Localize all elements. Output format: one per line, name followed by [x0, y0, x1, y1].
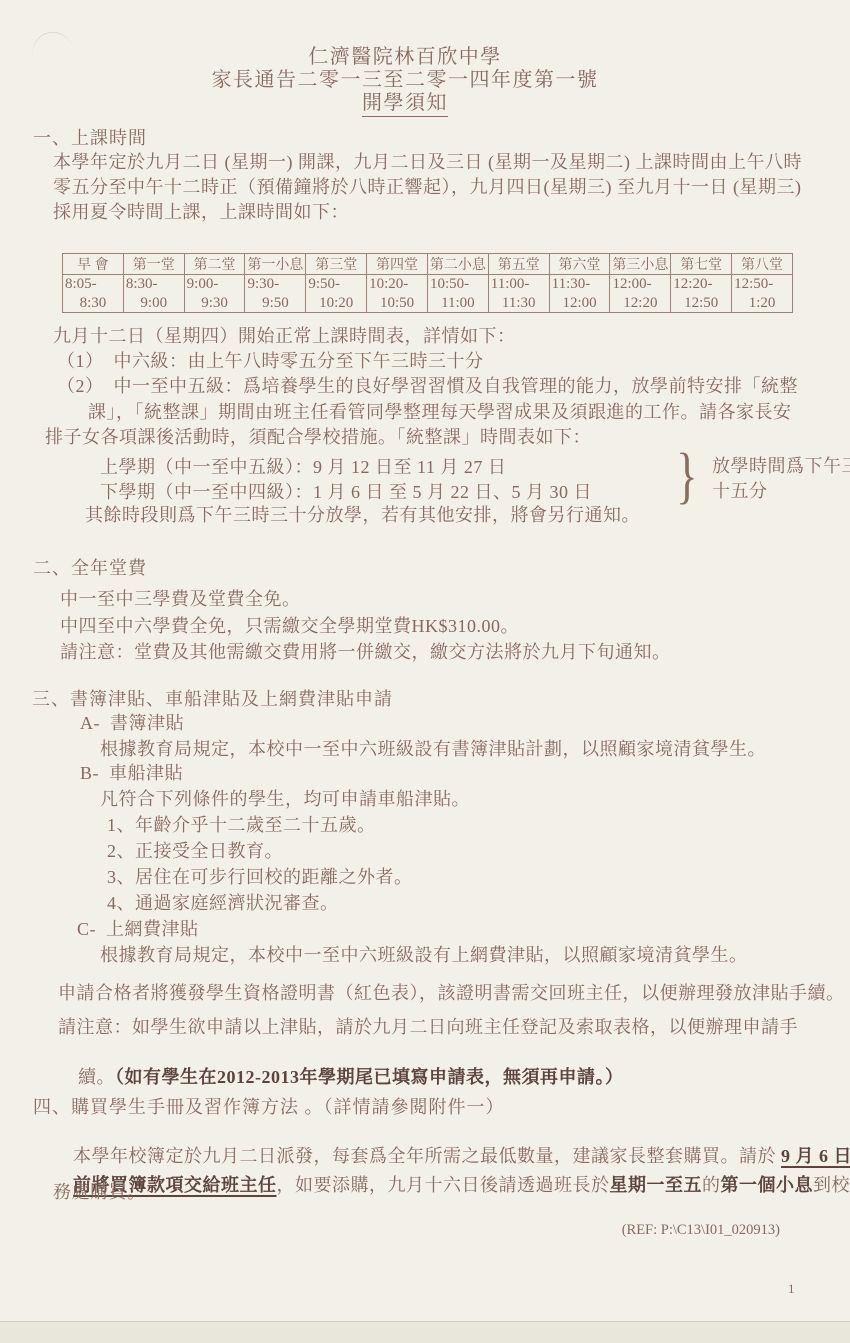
period-end: 12:00 — [550, 294, 610, 312]
section-4-line-2-bold-1: 星期一至五 — [610, 1175, 703, 1195]
period-start: 10:20- — [367, 275, 427, 294]
column-header: 第三堂 — [306, 254, 367, 275]
item-c-body: 根據教育局規定，本校中一至中六班級設有上網費津貼，以照顧家境清貧學生。 — [100, 944, 748, 966]
period-time-cell: 12:20-12:50 — [671, 275, 732, 313]
school-name: 仁濟醫院林百欣中學 — [0, 46, 810, 68]
period-time-cell: 10:50-11:00 — [427, 275, 488, 313]
period-end: 1:20 — [732, 294, 792, 312]
period-start: 9:50- — [306, 275, 366, 294]
column-header: 第七堂 — [671, 254, 732, 275]
condition-1: 1、年齡介乎十二歲至二十五歲。 — [107, 814, 376, 836]
period-end: 12:20 — [610, 294, 670, 312]
condition-3: 3、居住在可步行回校的距離之外者。 — [107, 866, 413, 888]
period-start: 11:30- — [550, 275, 610, 294]
section-2-line-1: 中一至中三學費及堂費全免。 — [60, 588, 301, 610]
item-b-body: 凡符合下列條件的學生，均可申請車船津貼。 — [100, 788, 470, 810]
item-c-title: C- 上網費津貼 — [77, 918, 199, 940]
period-time-cell: 11:30-12:00 — [549, 275, 610, 313]
normal-timetable-line: 九月十二日（星期四）開始正常上課時間表，詳情如下： — [53, 325, 516, 347]
section-3-heading: 三、書簿津貼、車船津貼及上網費津貼申請 — [32, 688, 393, 710]
section-1-item-2-line-3: 排子女各項課後活動時，須配合學校措施。「統整課」時間表如下： — [45, 426, 591, 448]
section-2-line-3: 請注意：堂費及其他需繳交費用將一併繳交，繳交方法將於九月下旬通知。 — [60, 641, 671, 663]
notice-subject-text: 開學須知 — [362, 92, 448, 117]
period-time-cell: 9:30-9:50 — [245, 275, 306, 313]
certificate-note: 申請合格者將獲發學生資格證明書（紅色表），該證明書需交回班主任，以便辦理發放津貼… — [58, 982, 845, 1004]
other-period-note: 其餘時段則爲下午三時三十分放學，若有其他安排，將會另行通知。 — [85, 504, 640, 526]
column-header: 第一小息 — [245, 254, 306, 275]
period-start: 8:30- — [124, 275, 184, 294]
section-1-heading: 一、上課時間 — [33, 127, 147, 149]
reference-code: (REF: P:\C13\I01_020913) — [622, 1222, 780, 1239]
period-end: 12:50 — [671, 294, 731, 312]
column-header: 第一堂 — [123, 254, 184, 275]
section-2-heading: 二、全年堂費 — [33, 557, 147, 579]
section-4-heading: 四、購買學生手冊及習作簿方法 。（詳情請參閱附件一） — [33, 1096, 505, 1118]
section-2-line-2: 中四至中六學費全免，只需繳交全學期堂費HK$310.00。 — [60, 615, 519, 637]
section-1-intro-line-1: 本學年定於九月二日 (星期一) 開課，九月二日及三日 (星期一及星期二) 上課時… — [53, 151, 802, 173]
column-header: 第三小息 — [610, 254, 671, 275]
notice-subject: 開學須知 — [0, 92, 810, 114]
column-header: 第四堂 — [367, 254, 428, 275]
column-header: 第二堂 — [184, 254, 245, 275]
period-end: 9:50 — [245, 294, 305, 312]
section-1-item-2-line-2: 課」，「統整課」期間由班主任看管同學整理每天學習成果及須跟進的工作。請各家長安 — [88, 401, 792, 423]
period-end: 11:30 — [489, 294, 549, 312]
period-start: 9:30- — [245, 275, 305, 294]
notice-number: 家長通告二零一三至二零一四年度第一號 — [0, 69, 810, 91]
dismissal-note-line-2: 十五分 — [712, 480, 768, 502]
attention-line-2-normal: 續。 — [78, 1067, 115, 1087]
section-4-line-2-normal-1: ，如要添購，九月十六日後請透過班長於 — [277, 1175, 610, 1195]
section-4-line-2-normal-2: 的 — [702, 1175, 721, 1195]
schedule-header-row: 早 會 第一堂 第二堂 第一小息 第三堂 第四堂 第二小息 第五堂 第六堂 第三… — [63, 254, 793, 275]
section-4-line-2: 前將買簿款項交給班主任，如要添購，九月十六日後請透過班長於星期一至五的第一個小息… — [53, 1152, 850, 1218]
column-header: 早 會 — [63, 254, 124, 275]
period-time-cell: 8:05-8:30 — [63, 275, 124, 313]
lower-term-line: 下學期（中一至中四級）：1 月 6 日 至 5 月 22 日、5 月 30 日 — [100, 481, 592, 503]
upper-term-line: 上學期（中一至中五級）：9 月 12 日至 11 月 27 日 — [100, 456, 506, 478]
condition-2: 2、正接受全日教育。 — [107, 840, 283, 862]
item-a-title: A- 書簿津貼 — [80, 712, 184, 734]
section-1-intro-line-3: 採用夏令時間上課，上課時間如下： — [53, 201, 349, 223]
period-end: 10:20 — [306, 294, 366, 312]
attention-line-1: 請注意：如學生欲申請以上津貼，請於九月二日向班主任登記及索取表格，以便辦理申請手 — [58, 1016, 798, 1038]
section-1-item-2-line-1: （2） 中一至中五級：爲培養學生的良好學習習慣及自我管理的能力，放學前特安排「統… — [57, 375, 798, 397]
period-time-cell: 12:50-1:20 — [732, 275, 793, 313]
period-start: 12:00- — [610, 275, 670, 294]
period-time-cell: 11:00-11:30 — [488, 275, 549, 313]
section-4-line-3: 務處購買。 — [53, 1181, 146, 1203]
column-header: 第二小息 — [427, 254, 488, 275]
period-end: 8:30 — [63, 294, 123, 312]
column-header: 第五堂 — [488, 254, 549, 275]
grouping-brace: } — [676, 450, 697, 502]
section-4-line-2-normal-3: 到校 — [813, 1175, 850, 1195]
dismissal-note-line-1: 放學時間爲下午三時四 — [712, 455, 850, 477]
scanned-school-notice-page: 仁濟醫院林百欣中學 家長通告二零一三至二零一四年度第一號 開學須知 一、上課時間… — [0, 0, 850, 1343]
column-header: 第八堂 — [732, 254, 793, 275]
period-start: 8:05- — [63, 275, 123, 294]
condition-4: 4、通過家庭經濟狀況審查。 — [107, 892, 339, 914]
column-header: 第六堂 — [549, 254, 610, 275]
attention-line-2-bold: （如有學生在2012-2013年學期尾已填寫申請表，無須再申請。） — [115, 1067, 624, 1087]
page-number: 1 — [788, 1281, 795, 1297]
item-b-title: B- 車船津貼 — [80, 762, 183, 784]
period-end: 9:00 — [124, 294, 184, 312]
period-time-cell: 9:50-10:20 — [306, 275, 367, 313]
period-time-cell: 12:00-12:20 — [610, 275, 671, 313]
period-start: 12:50- — [732, 275, 792, 294]
section-1-intro-line-2: 零五分至中午十二時正（預備鐘將於八時正響起），九月四日(星期三) 至九月十一日 … — [53, 176, 801, 198]
item-a-body: 根據教育局規定，本校中一至中六班級設有書簿津貼計劃，以照顧家境清貧學生。 — [100, 738, 766, 760]
period-end: 9:30 — [185, 294, 245, 312]
section-4-line-2-bold-2: 第一個小息 — [721, 1175, 814, 1195]
period-time-cell: 9:00-9:30 — [184, 275, 245, 313]
section-1-item-1: （1） 中六級：由上午八時零五分至下午三時三十分 — [57, 350, 484, 372]
period-start: 11:00- — [489, 275, 549, 294]
schedule-times-row: 8:05-8:30 8:30-9:00 9:00-9:30 9:30-9:50 … — [63, 275, 793, 313]
period-start: 10:50- — [428, 275, 488, 294]
class-schedule-table: 早 會 第一堂 第二堂 第一小息 第三堂 第四堂 第二小息 第五堂 第六堂 第三… — [62, 253, 793, 313]
scanner-bottom-edge — [0, 1321, 850, 1343]
period-time-cell: 8:30-9:00 — [123, 275, 184, 313]
period-end: 11:00 — [428, 294, 488, 312]
period-time-cell: 10:20-10:50 — [367, 275, 428, 313]
period-end: 10:50 — [367, 294, 427, 312]
period-start: 9:00- — [185, 275, 245, 294]
period-start: 12:20- — [671, 275, 731, 294]
